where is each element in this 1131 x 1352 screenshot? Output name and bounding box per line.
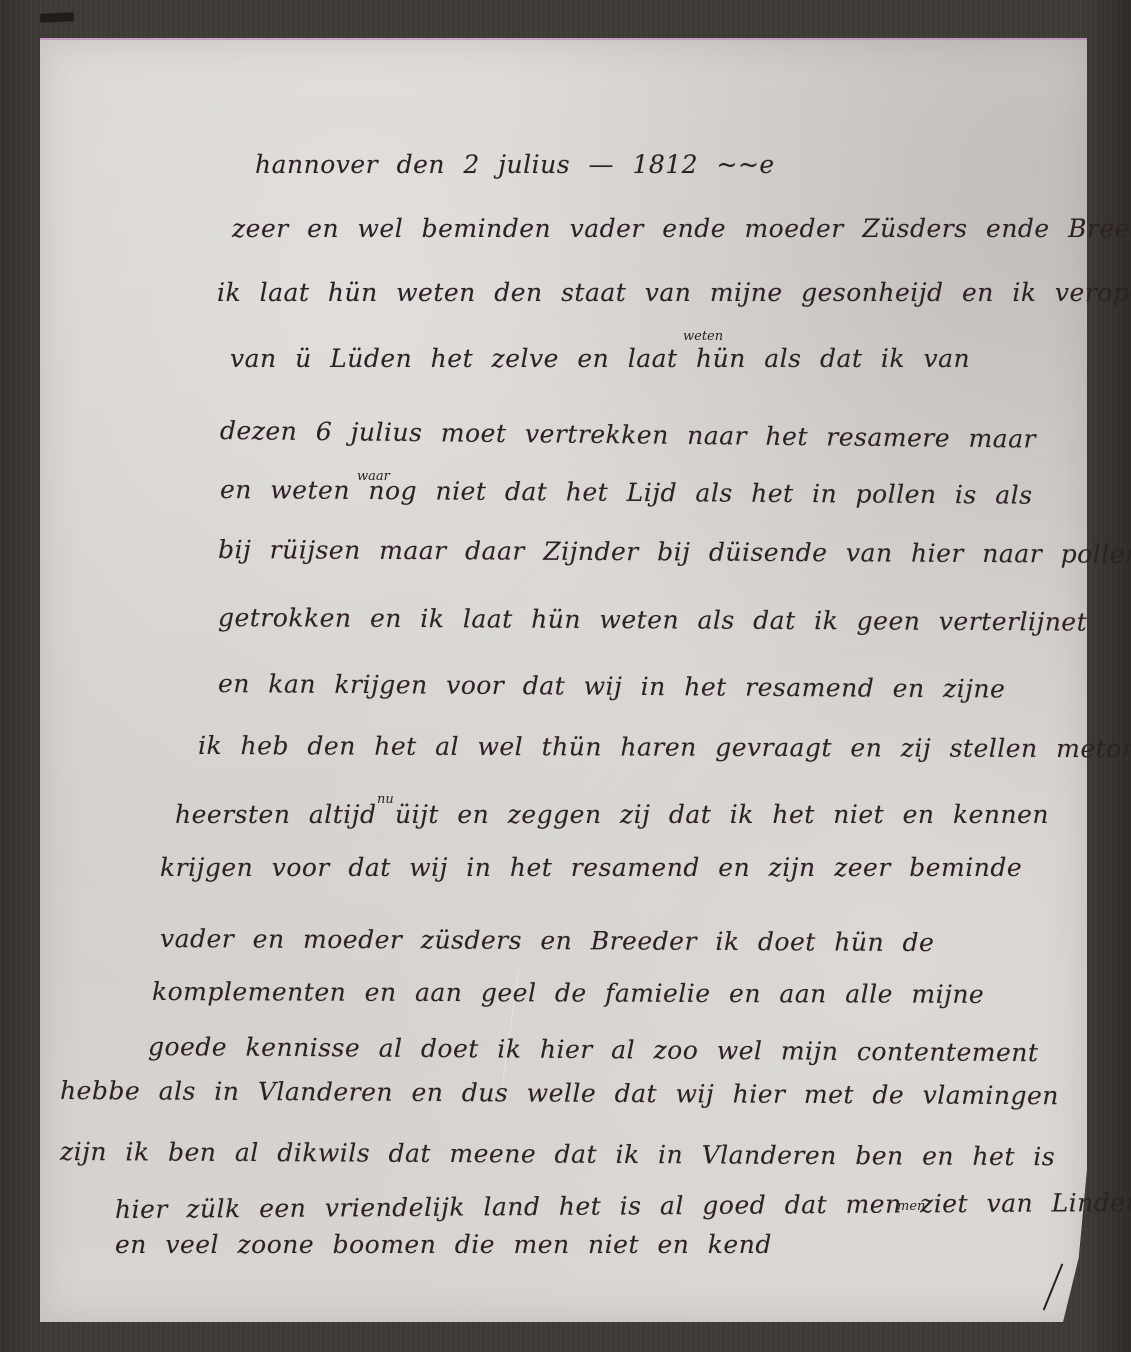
interlinear-insertion: waar <box>357 469 390 484</box>
letter-line: vader en moeder züsders en Breeder ik do… <box>160 924 935 957</box>
letter-line: goede kennisse al doet ik hier al zoo we… <box>148 1032 1039 1067</box>
letter-line: heersten altijd üijt en zeggen zij dat i… <box>175 800 1049 829</box>
letter-line: en kan krijgen voor dat wij in het resam… <box>218 669 1006 703</box>
interlinear-insertion: men <box>897 1199 925 1214</box>
letter-line: van ü Lüden het zelve en laat hün als da… <box>230 344 970 373</box>
letter-line: ik heb den het al wel thün haren gevraag… <box>198 731 1131 763</box>
letter-line: en weten nog niet dat het Lijd als het i… <box>220 475 1033 510</box>
letter-line: zijn ik ben al dikwils dat meene dat ik … <box>60 1137 1055 1171</box>
interlinear-insertion: weten <box>683 329 723 344</box>
letter-line: ik laat hün weten den staat van mijne ge… <box>217 278 1131 307</box>
letter-line: getrokken en ik laat hün weten als dat i… <box>218 603 1087 637</box>
letter-line-date: hannover den 2 julius — 1812 ~~e <box>255 150 775 179</box>
tape-mark <box>40 12 74 23</box>
interlinear-insertion: nu <box>377 792 394 807</box>
letter-line: komplementen en aan geel de famielie en … <box>152 977 984 1009</box>
letter-line: krijgen voor dat wij in het resamend en … <box>160 853 1022 882</box>
letter-line: hebbe als in Vlanderen en dus welle dat … <box>60 1076 1059 1110</box>
letter-line-closing: en veel zoone boomen die men niet en ken… <box>115 1230 772 1259</box>
letter-line: bij rüijsen maar daar Zijnder bij düisen… <box>218 535 1131 569</box>
letter-line-salutation: zeer en wel beminden vader ende moeder Z… <box>232 214 1131 243</box>
